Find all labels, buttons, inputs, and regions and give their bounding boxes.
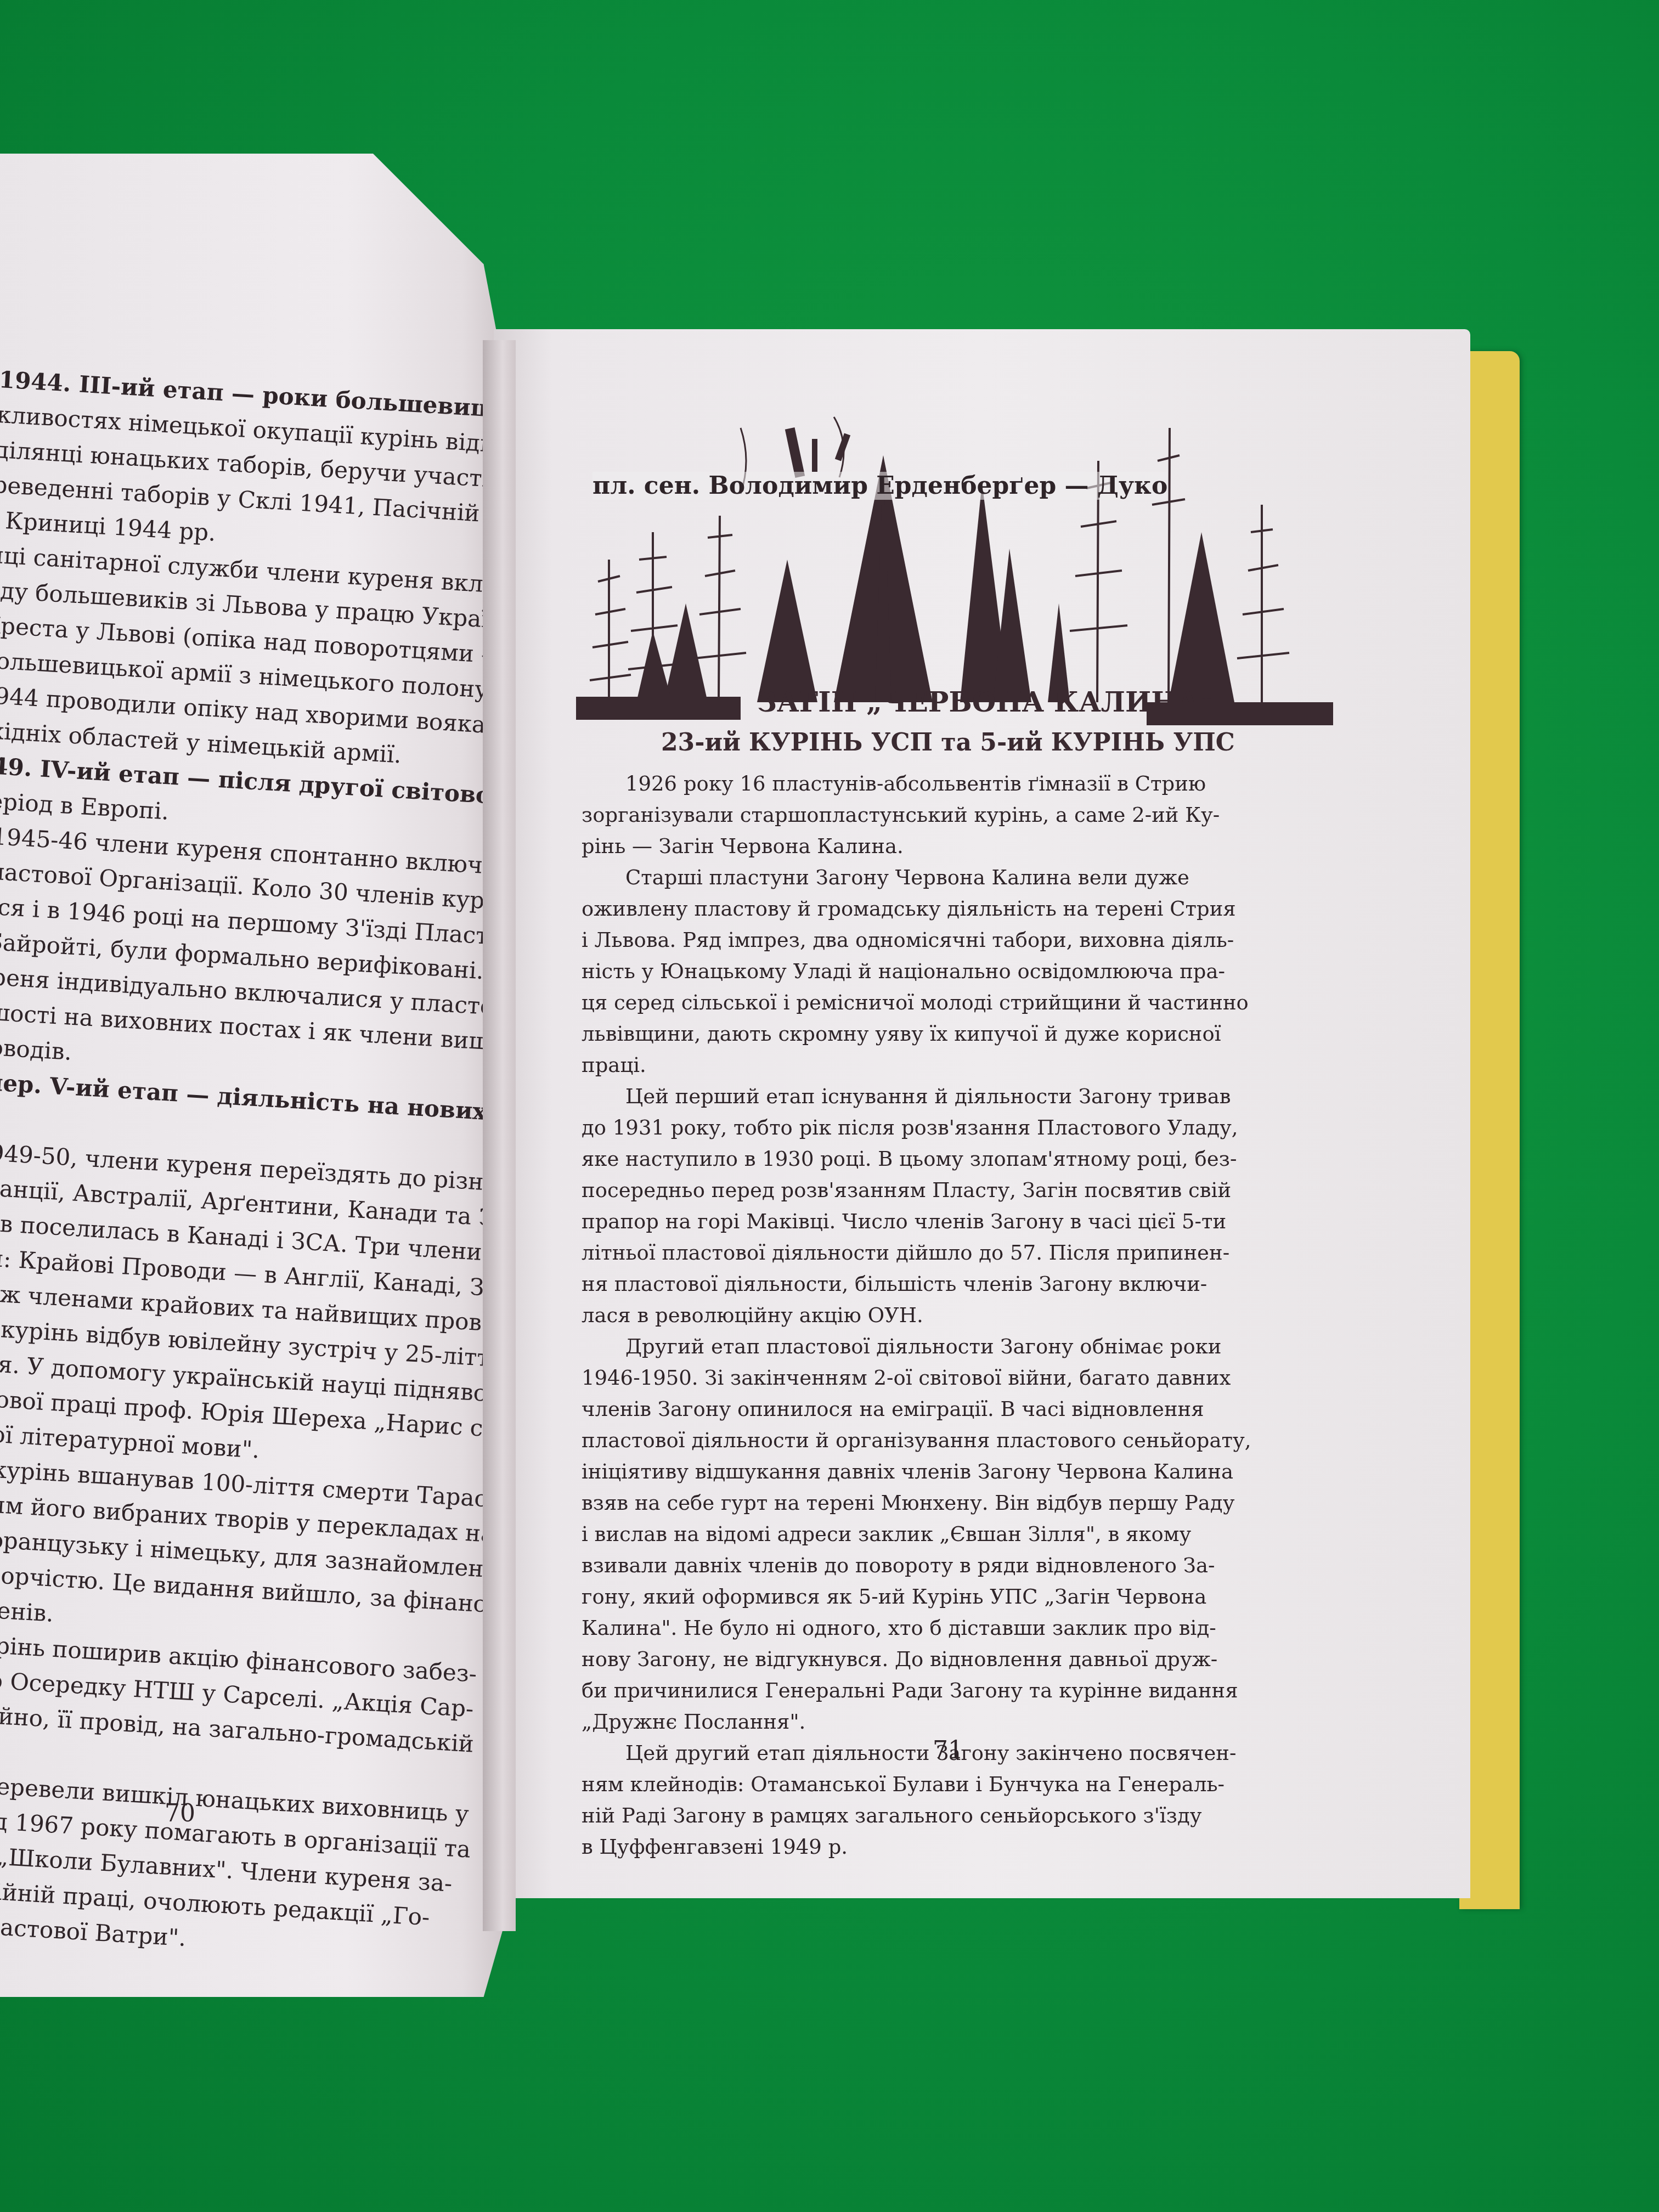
paragraph: Другий етап пластової діяльности Загону … bbox=[582, 1331, 1339, 1737]
text-line: гону, який оформився як 5-ий Курінь УПС … bbox=[582, 1581, 1339, 1612]
text-line: Калина". Не було ні одного, хто б дістав… bbox=[582, 1612, 1339, 1644]
text-line: взивали давніх членів до повороту в ряди… bbox=[582, 1550, 1339, 1581]
text-line: зорганізували старшопластунський курінь,… bbox=[582, 799, 1339, 831]
left-page-text: 1944. ІІІ-ий етап — роки большевицької і… bbox=[0, 362, 493, 1968]
text-line: ням клейнодів: Отаманської Булави і Бунч… bbox=[582, 1769, 1339, 1800]
text-line: праці. bbox=[582, 1049, 1339, 1081]
text-line: літньої пластової діяльности дійшло до 5… bbox=[582, 1237, 1339, 1268]
banner-bar-right bbox=[1147, 702, 1333, 725]
paragraph: Цей перший етап існування й діяльности З… bbox=[582, 1081, 1339, 1331]
text-line: Старші пластуни Загону Червона Калина ве… bbox=[582, 862, 1339, 893]
text-line: в Цуффенгавзені 1949 р. bbox=[582, 1831, 1339, 1863]
text-line: до 1931 року, тобто рік після розв'язанн… bbox=[582, 1112, 1339, 1143]
book-gutter bbox=[483, 340, 516, 1931]
text-line: ність у Юнацькому Уладі й національно ос… bbox=[582, 956, 1339, 987]
forest-trees-illustration bbox=[576, 395, 1306, 724]
text-line: „Дружнє Послання". bbox=[582, 1706, 1339, 1737]
text-line: оживлену пластову й громадську діяльніст… bbox=[582, 893, 1339, 924]
text-line: членів Загону опинилося на еміграції. В … bbox=[582, 1393, 1339, 1425]
right-page: пл. сен. Володимир Ерденберґер — Дуко ЗА… bbox=[494, 329, 1470, 1898]
text-line: рінь — Загін Червона Калина. bbox=[582, 831, 1339, 862]
text-line: нову Загону, не відгукнувся. До відновле… bbox=[582, 1644, 1339, 1675]
left-page: 1944. ІІІ-ий етап — роки большевицької і… bbox=[0, 154, 505, 1997]
article-author: пл. сен. Володимир Ерденберґер — Дуко bbox=[592, 472, 1167, 500]
left-page-number: 70 bbox=[165, 1799, 195, 1827]
text-line: ня пластової діяльности, більшість члені… bbox=[582, 1268, 1339, 1300]
text-line: і Львова. Ряд імпрез, два одномісячні та… bbox=[582, 924, 1339, 956]
banner-bar-left bbox=[576, 697, 741, 720]
text-line: 1926 року 16 пластунів-абсольвентів ґімн… bbox=[582, 768, 1339, 799]
article-banner: ЗАГІН „ЧЕРВОНА КАЛИНА" bbox=[576, 686, 1333, 724]
text-line: яке наступило в 1930 році. В цьому злопа… bbox=[582, 1143, 1339, 1175]
text-line: взяв на себе гурт на терені Мюнхену. Він… bbox=[582, 1487, 1339, 1519]
text-line: ця серед сільської і ремісничої молоді с… bbox=[582, 987, 1339, 1018]
text-line: 1946-1950. Зі закінченням 2-ої світової … bbox=[582, 1362, 1339, 1393]
text-line: і вислав на відомі адреси заклик „Євшан … bbox=[582, 1519, 1339, 1550]
text-line: львівщини, дають скромну уяву їх кипучої… bbox=[582, 1018, 1339, 1049]
text-line: прапор на горі Маківці. Число членів Заг… bbox=[582, 1206, 1339, 1237]
article-body: 1926 року 16 пластунів-абсольвентів ґімн… bbox=[582, 768, 1339, 1863]
article-title: ЗАГІН „ЧЕРВОНА КАЛИНА" bbox=[757, 686, 1214, 718]
paragraph: Старші пластуни Загону Червона Калина ве… bbox=[582, 862, 1339, 1081]
text-line: Другий етап пластової діяльности Загону … bbox=[582, 1331, 1339, 1362]
right-page-number: 71 bbox=[933, 1736, 963, 1764]
paragraph: 1926 року 16 пластунів-абсольвентів ґімн… bbox=[582, 768, 1339, 862]
article-subtitle: 23-ий КУРІНЬ УСП та 5-ий КУРІНЬ УПС bbox=[661, 729, 1235, 757]
text-line: би причинилися Генеральні Ради Загону та… bbox=[582, 1675, 1339, 1706]
text-line: Цей перший етап існування й діяльности З… bbox=[582, 1081, 1339, 1112]
text-line: лася в революційну акцію ОУН. bbox=[582, 1300, 1339, 1331]
text-line: посередньо перед розв'язанням Пласту, За… bbox=[582, 1175, 1339, 1206]
text-line: ініціятиву відшукання давніх членів Заго… bbox=[582, 1456, 1339, 1487]
text-line: пластової діяльности й організування пла… bbox=[582, 1425, 1339, 1456]
text-line: ній Раді Загону в рамцях загального сень… bbox=[582, 1800, 1339, 1831]
